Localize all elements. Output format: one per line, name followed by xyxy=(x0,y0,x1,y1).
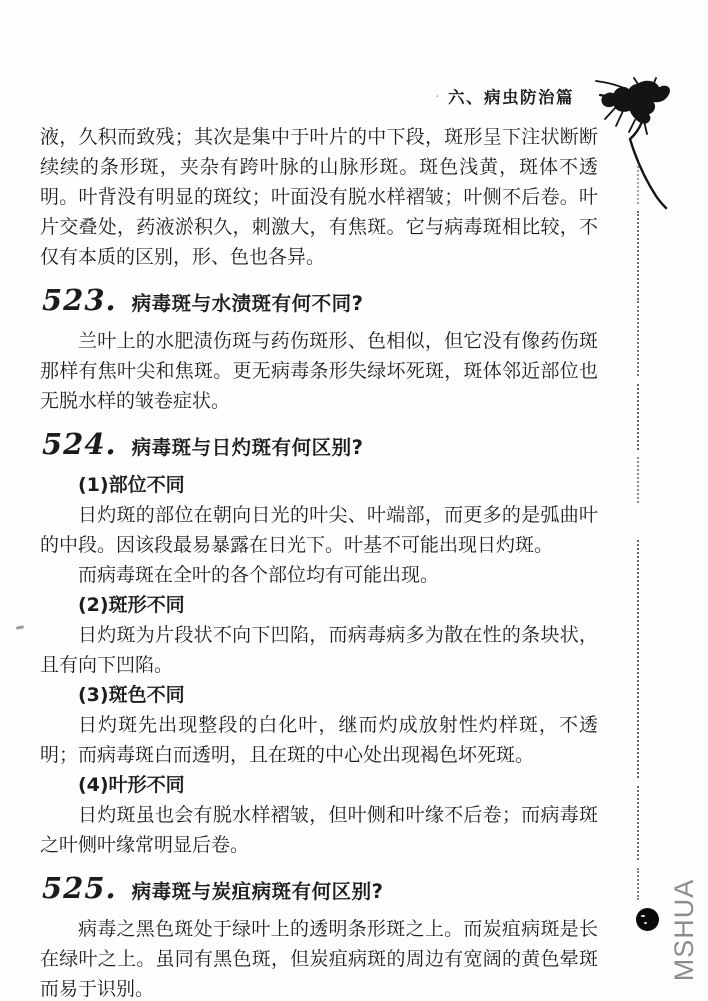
margin-dotted-line xyxy=(637,457,639,503)
watermark-text: MSHUA xyxy=(669,874,699,986)
section-523-title: 病毒斑与水渍斑有何不同? xyxy=(132,289,364,319)
subsection-3-title: (3)斑色不同 xyxy=(40,680,598,710)
page-marker-dot xyxy=(636,908,659,931)
section-523-heading: 523. 病毒斑与水渍斑有何不同? xyxy=(42,283,598,319)
subsection-3-paragraph: 日灼斑先出现整段的白化叶，继而灼成放射性灼样斑，不透明；而病毒斑白而透明，且在斑… xyxy=(40,710,598,770)
margin-dotted-line xyxy=(637,211,639,303)
section-525-title: 病毒斑与炭疽病斑有何区别? xyxy=(132,877,384,907)
section-525-number: 525. xyxy=(42,871,117,905)
header-dot: · xyxy=(435,90,441,105)
text-column: 液，久积而致残；其次是集中于叶片的中下段，斑形呈下注状断断续续的条形斑，夹杂有跨… xyxy=(40,122,598,1001)
book-page: ·六、病虫防治篇 液，久积而致残；其次是集中于叶片的中下段，斑形呈下注状断断续续… xyxy=(0,0,708,1001)
chapter-title: 六、病虫防治篇 xyxy=(448,88,574,107)
margin-dotted-line xyxy=(637,540,639,778)
insect-illustration xyxy=(586,76,676,221)
subsection-4-paragraph: 日灼斑虽也会有脱水样褶皱，但叶侧和叶缘不后卷；而病毒斑之叶侧叶缘常明显后卷。 xyxy=(40,800,598,860)
scan-artifact xyxy=(16,625,24,630)
section-524-title: 病毒斑与日灼斑有何区别? xyxy=(132,433,364,463)
margin-dotted-line xyxy=(637,786,639,860)
margin-dotted-line xyxy=(637,868,639,900)
subsection-2-title: (2)斑形不同 xyxy=(40,590,598,620)
margin-dotted-line xyxy=(637,162,639,204)
section-523-number: 523. xyxy=(42,283,117,317)
intro-paragraph: 液，久积而致残；其次是集中于叶片的中下段，斑形呈下注状断断续续的条形斑，夹杂有跨… xyxy=(40,122,598,272)
section-525-paragraph: 病毒之黑色斑处于绿叶上的透明条形斑之上。而炭疽病斑是长在绿叶之上。虽同有黑色斑，… xyxy=(40,914,598,1001)
running-header: ·六、病虫防治篇 xyxy=(435,84,574,108)
subsection-2-paragraph: 日灼斑为片段状不向下凹陷，而病毒病多为散在性的条块状，且有向下凹陷。 xyxy=(40,620,598,680)
section-524-number: 524. xyxy=(42,427,117,461)
subsection-1-paragraph: 日灼斑的部位在朝向日光的叶尖、叶端部，而更多的是弧曲叶的中段。因该段最易暴露在日… xyxy=(40,500,598,560)
subsection-1-paragraph-2: 而病毒斑在全叶的各个部位均有可能出现。 xyxy=(40,560,598,590)
margin-dotted-line xyxy=(637,306,639,376)
dot-speck xyxy=(644,922,647,924)
margin-dotted-line xyxy=(637,384,639,450)
subsection-1-title: (1)部位不同 xyxy=(40,470,598,500)
subsection-4-title: (4)叶形不同 xyxy=(40,770,598,800)
dot-speck xyxy=(641,915,645,917)
section-523-paragraph: 兰叶上的水肥渍伤斑与药伤斑形、色相似，但它没有像药伤斑那样有焦叶尖和焦斑。更无病… xyxy=(40,326,598,416)
section-525-heading: 525. 病毒斑与炭疽病斑有何区别? xyxy=(42,871,598,907)
section-524-heading: 524. 病毒斑与日灼斑有何区别? xyxy=(42,427,598,463)
